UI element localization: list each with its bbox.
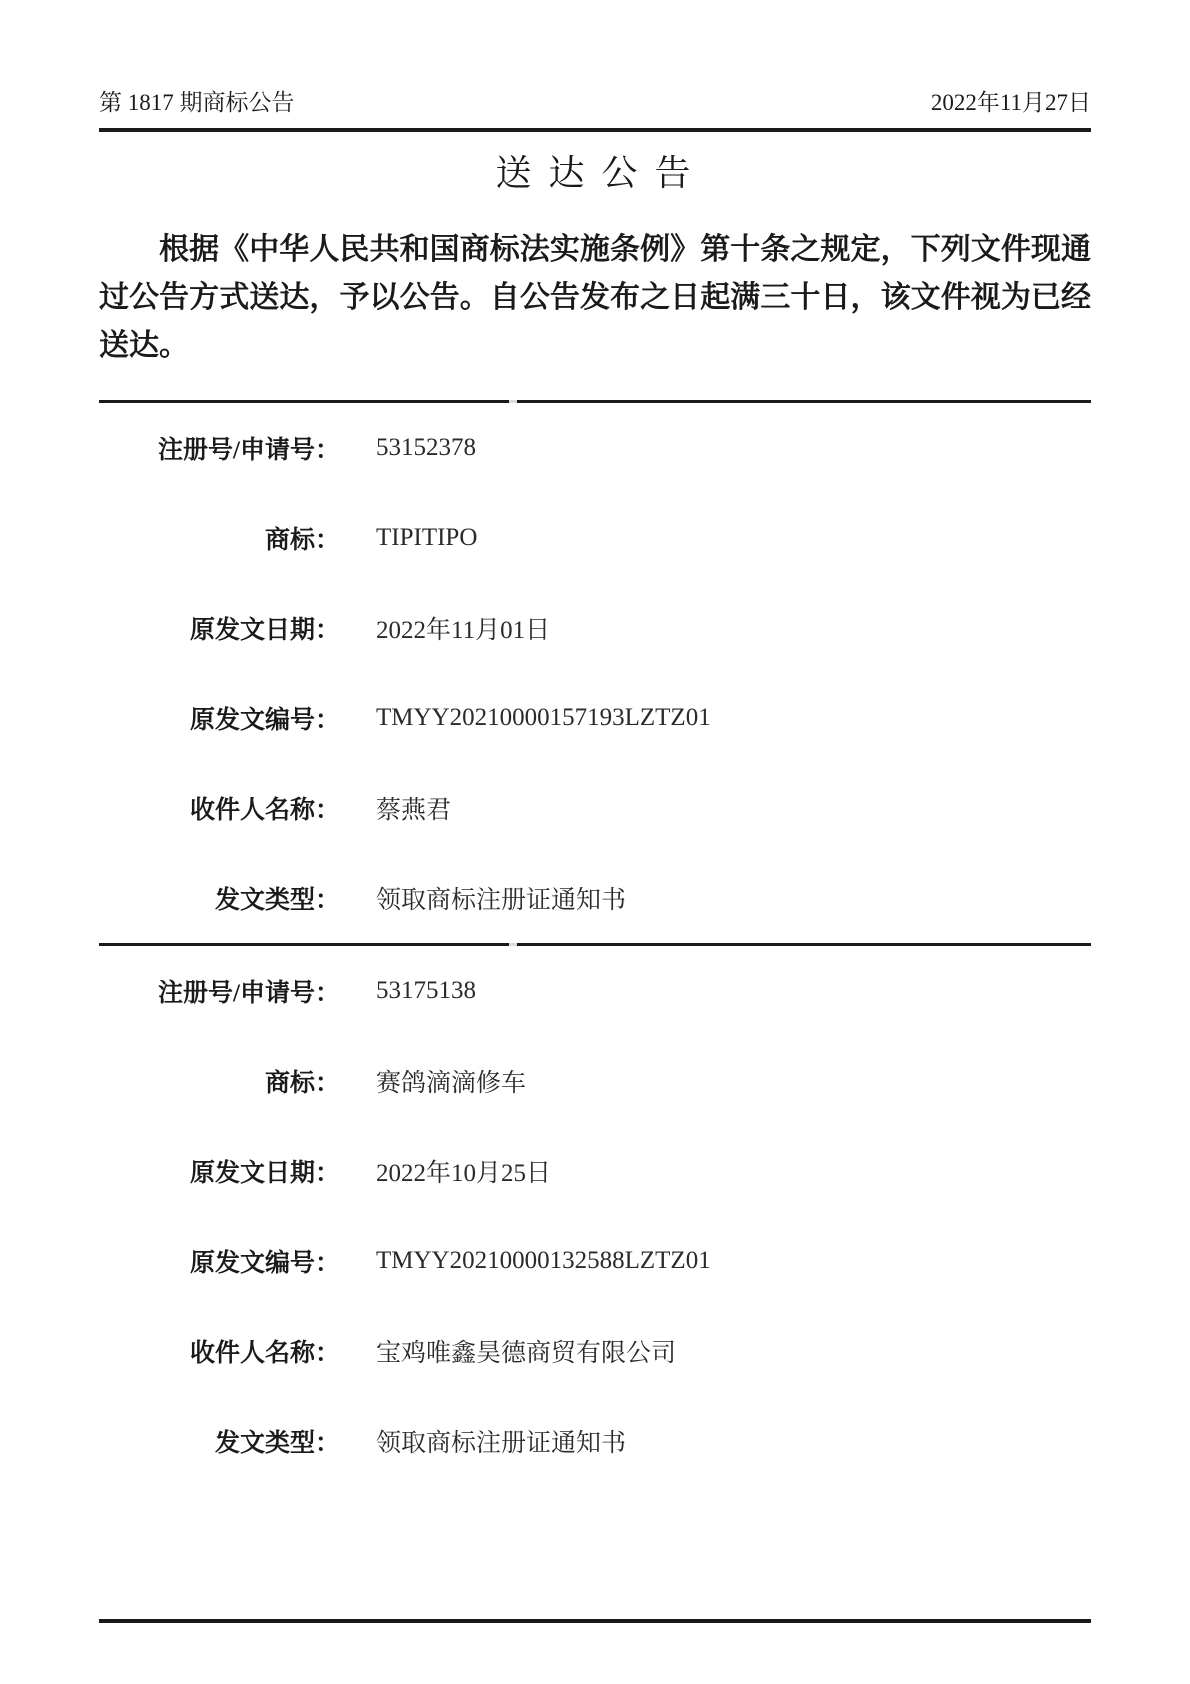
field-row: 发文类型： 领取商标注册证通知书 xyxy=(99,853,1091,943)
field-label: 原发文编号： xyxy=(99,1243,340,1279)
notice-record: 注册号/申请号： 53175138 商标： 赛鸽滴滴修车 原发文日期： 2022… xyxy=(99,943,1091,1486)
field-label: 原发文编号： xyxy=(99,700,340,736)
field-row: 原发文编号： TMYY20210000132588LZTZ01 xyxy=(99,1216,1091,1306)
field-row: 原发文编号： TMYY20210000157193LZTZ01 xyxy=(99,673,1091,763)
intro-paragraph: 根据《中华人民共和国商标法实施条例》第十条之规定，下列文件现通过公告方式送达，予… xyxy=(99,226,1091,370)
field-label: 原发文日期： xyxy=(99,1153,340,1189)
field-label: 注册号/申请号： xyxy=(99,430,340,466)
notice-record: 注册号/申请号： 53152378 商标： TIPITIPO 原发文日期： 20… xyxy=(99,400,1091,943)
field-row: 注册号/申请号： 53175138 xyxy=(99,946,1091,1036)
field-row: 原发文日期： 2022年11月01日 xyxy=(99,583,1091,673)
page-title: 送 达 公 告 xyxy=(99,148,1091,198)
field-row: 商标： TIPITIPO xyxy=(99,493,1091,583)
field-value: 领取商标注册证通知书 xyxy=(376,1423,626,1459)
document-page: 第 1817 期商标公告 2022年11月27日 送 达 公 告 根据《中华人民… xyxy=(0,0,1190,1684)
field-value: 领取商标注册证通知书 xyxy=(376,880,626,916)
field-value: 宝鸡唯鑫昊德商贸有限公司 xyxy=(376,1333,676,1369)
page-content: 第 1817 期商标公告 2022年11月27日 送 达 公 告 根据《中华人民… xyxy=(99,0,1091,1623)
field-label: 商标： xyxy=(99,1063,340,1099)
page-header: 第 1817 期商标公告 2022年11月27日 xyxy=(99,88,1091,132)
field-value: 53175138 xyxy=(376,977,476,1005)
field-row: 发文类型： 领取商标注册证通知书 xyxy=(99,1396,1091,1486)
field-row: 商标： 赛鸽滴滴修车 xyxy=(99,1036,1091,1126)
field-label: 发文类型： xyxy=(99,1423,340,1459)
field-value: 2022年11月01日 xyxy=(376,610,550,646)
field-label: 商标： xyxy=(99,520,340,556)
field-value: TIPITIPO xyxy=(376,524,477,552)
field-value: 蔡燕君 xyxy=(376,790,451,826)
field-row: 注册号/申请号： 53152378 xyxy=(99,403,1091,493)
field-value: 53152378 xyxy=(376,434,476,462)
field-row: 收件人名称： 蔡燕君 xyxy=(99,763,1091,853)
field-value: 2022年10月25日 xyxy=(376,1153,551,1189)
gazette-issue-label: 第 1817 期商标公告 xyxy=(99,88,295,118)
field-label: 注册号/申请号： xyxy=(99,973,340,1009)
field-label: 收件人名称： xyxy=(99,1333,340,1369)
gazette-date: 2022年11月27日 xyxy=(931,88,1091,118)
field-row: 收件人名称： 宝鸡唯鑫昊德商贸有限公司 xyxy=(99,1306,1091,1396)
field-value: TMYY20210000132588LZTZ01 xyxy=(376,1247,711,1275)
field-label: 发文类型： xyxy=(99,880,340,916)
field-value: TMYY20210000157193LZTZ01 xyxy=(376,704,711,732)
record-divider xyxy=(99,400,1091,403)
field-row: 原发文日期： 2022年10月25日 xyxy=(99,1126,1091,1216)
field-label: 原发文日期： xyxy=(99,610,340,646)
field-label: 收件人名称： xyxy=(99,790,340,826)
field-value: 赛鸽滴滴修车 xyxy=(376,1063,526,1099)
record-divider xyxy=(99,943,1091,946)
bottom-rule xyxy=(99,1619,1091,1623)
